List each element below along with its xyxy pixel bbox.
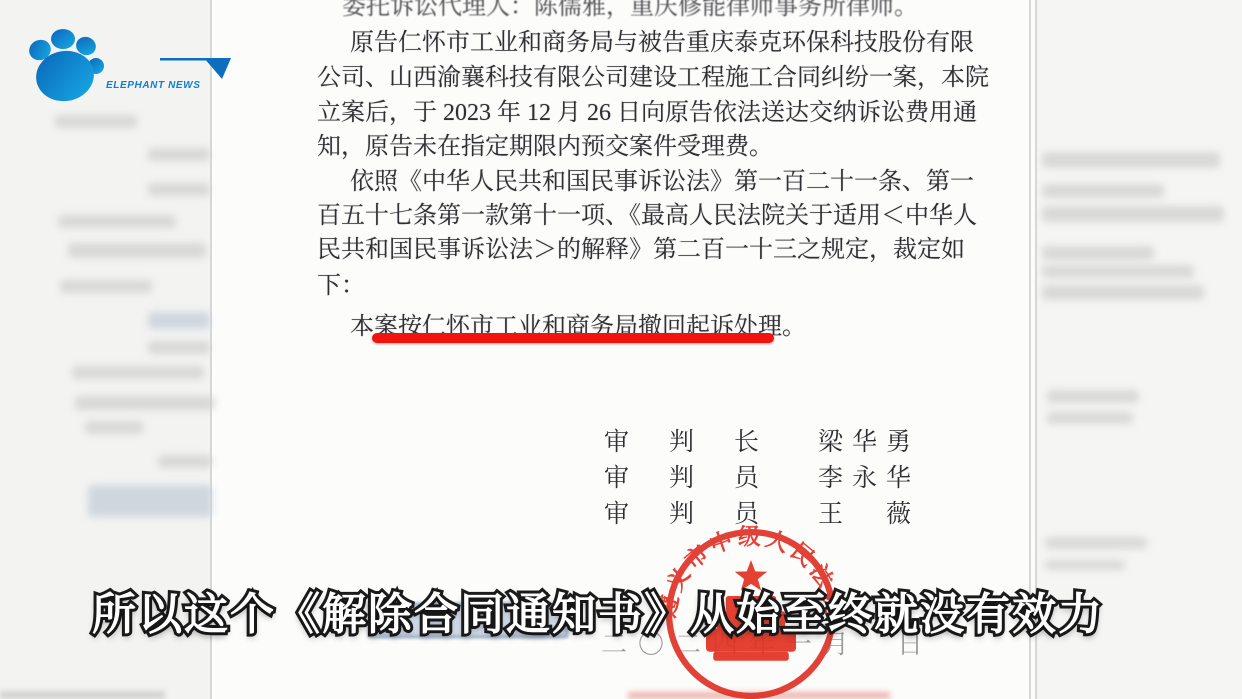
blurred-text-line — [85, 421, 143, 434]
channel-name: ELEPHANT NEWS — [106, 80, 200, 91]
blurred-text-line — [68, 243, 206, 258]
blurred-text-line — [1047, 390, 1139, 403]
judge-name: 梁华勇 — [818, 422, 920, 458]
blurred-text-line — [1042, 246, 1154, 260]
elephant-paw-icon — [18, 18, 138, 108]
doc-line: 立案后，于 2023 年 12 月 26 日向原告依法送达交纳诉讼费用通 — [317, 92, 977, 127]
blurred-text-line — [1047, 412, 1133, 424]
blurred-text-line — [1042, 285, 1204, 300]
blurred-text-line — [75, 396, 215, 410]
red-underline-annotation — [372, 333, 774, 343]
blurred-text-line — [1042, 184, 1164, 198]
faint-bottom-smudge — [0, 691, 165, 699]
blurred-text-line — [148, 183, 210, 196]
signature-row: 审判员 李永华 — [604, 458, 799, 494]
video-subtitle: 所以这个《解除合同通知书》从始至终就没有效力 — [92, 578, 1104, 642]
channel-logo: ELEPHANT NEWS — [18, 18, 238, 108]
blurred-text-line — [148, 312, 210, 329]
video-frame: ELEPHANT NEWS 委托诉讼代理人：陈儒雅，重庆修能律师事务所律师。 原… — [0, 0, 1242, 699]
blurred-text-line — [1045, 537, 1147, 549]
blurred-text-line — [148, 148, 210, 161]
blurred-text-line — [148, 341, 210, 354]
logo-swoosh-icon — [158, 38, 238, 83]
doc-line: 依照《中华人民共和国民事诉讼法》第一百二十一条、第一 — [350, 161, 974, 196]
judge-role: 审判长 — [604, 429, 799, 456]
doc-line: 原告仁怀市工业和商务局与被告重庆泰克环保科技股份有限 — [350, 22, 974, 57]
doc-line-clipped: 委托诉讼代理人：陈儒雅，重庆修能律师事务所律师。 — [342, 0, 918, 21]
judge-name: 李永华 — [818, 458, 920, 494]
doc-line: 百五十七条第一款第十一项、《最高人民法院关于适用＜中华人 — [317, 195, 977, 230]
blurred-text-line — [1042, 206, 1224, 222]
signature-row: 审判长 梁华勇 — [604, 422, 799, 458]
blurred-text-line — [58, 215, 176, 228]
blurred-text-line — [1042, 152, 1220, 168]
doc-line: 民共和国民事诉讼法＞的解释》第二百一十三之规定，裁定如 — [317, 229, 965, 264]
doc-line: 知，原告未在指定期限内预交案件受理费。 — [317, 126, 773, 161]
doc-line: 下： — [317, 265, 365, 300]
doc-line: 公司、山西渝襄科技有限公司建设工程施工合同纠纷一案，本院 — [317, 57, 989, 92]
blurred-text-line — [1045, 560, 1125, 570]
blurred-text-line — [55, 115, 137, 128]
blurred-text-block — [88, 485, 212, 517]
blurred-text-line — [1042, 265, 1194, 278]
blurred-text-line — [60, 280, 152, 293]
judge-role: 审判员 — [604, 465, 799, 492]
blurred-text-line — [158, 455, 212, 468]
blurred-text-line — [72, 366, 204, 379]
